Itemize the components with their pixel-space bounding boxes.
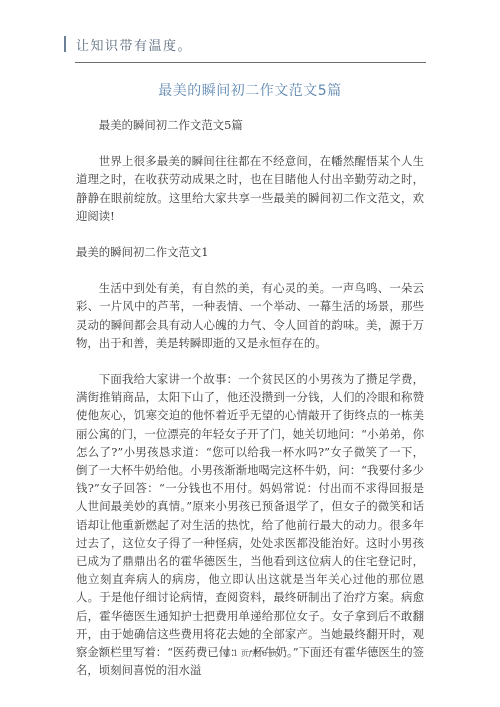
page-header: 让知识带有温度。 <box>64 34 192 54</box>
header-slogan: 让知识带有温度。 <box>76 35 192 54</box>
page-number: 第 1 页/共 6 页 <box>0 648 500 659</box>
document-body: 最美的瞬间初二作文范文5篇 世界上很多最美的瞬间往往都在不经意间，在幡然醒悟某个… <box>76 116 424 679</box>
body-paragraph: 下面我给大家讲一个故事：一个贫民区的小男孩为了攒足学费，满街推销商品，太阳下山了… <box>76 370 424 679</box>
section-heading: 最美的瞬间初二作文范文1 <box>76 243 424 261</box>
document-title: 最美的瞬间初二作文范文5篇 <box>0 80 500 100</box>
header-divider <box>75 62 426 63</box>
document-subtitle: 最美的瞬间初二作文范文5篇 <box>76 116 424 134</box>
body-paragraph: 生活中到处有美，有自然的美，有心灵的美。一声鸟鸣、一朵云彩、一片风中的芦苇，一种… <box>76 279 424 352</box>
intro-paragraph: 世界上很多最美的瞬间往往都在不经意间，在幡然醒悟某个人生道理之时，在收获劳动成果… <box>76 152 424 225</box>
header-accent-bar <box>64 36 66 52</box>
